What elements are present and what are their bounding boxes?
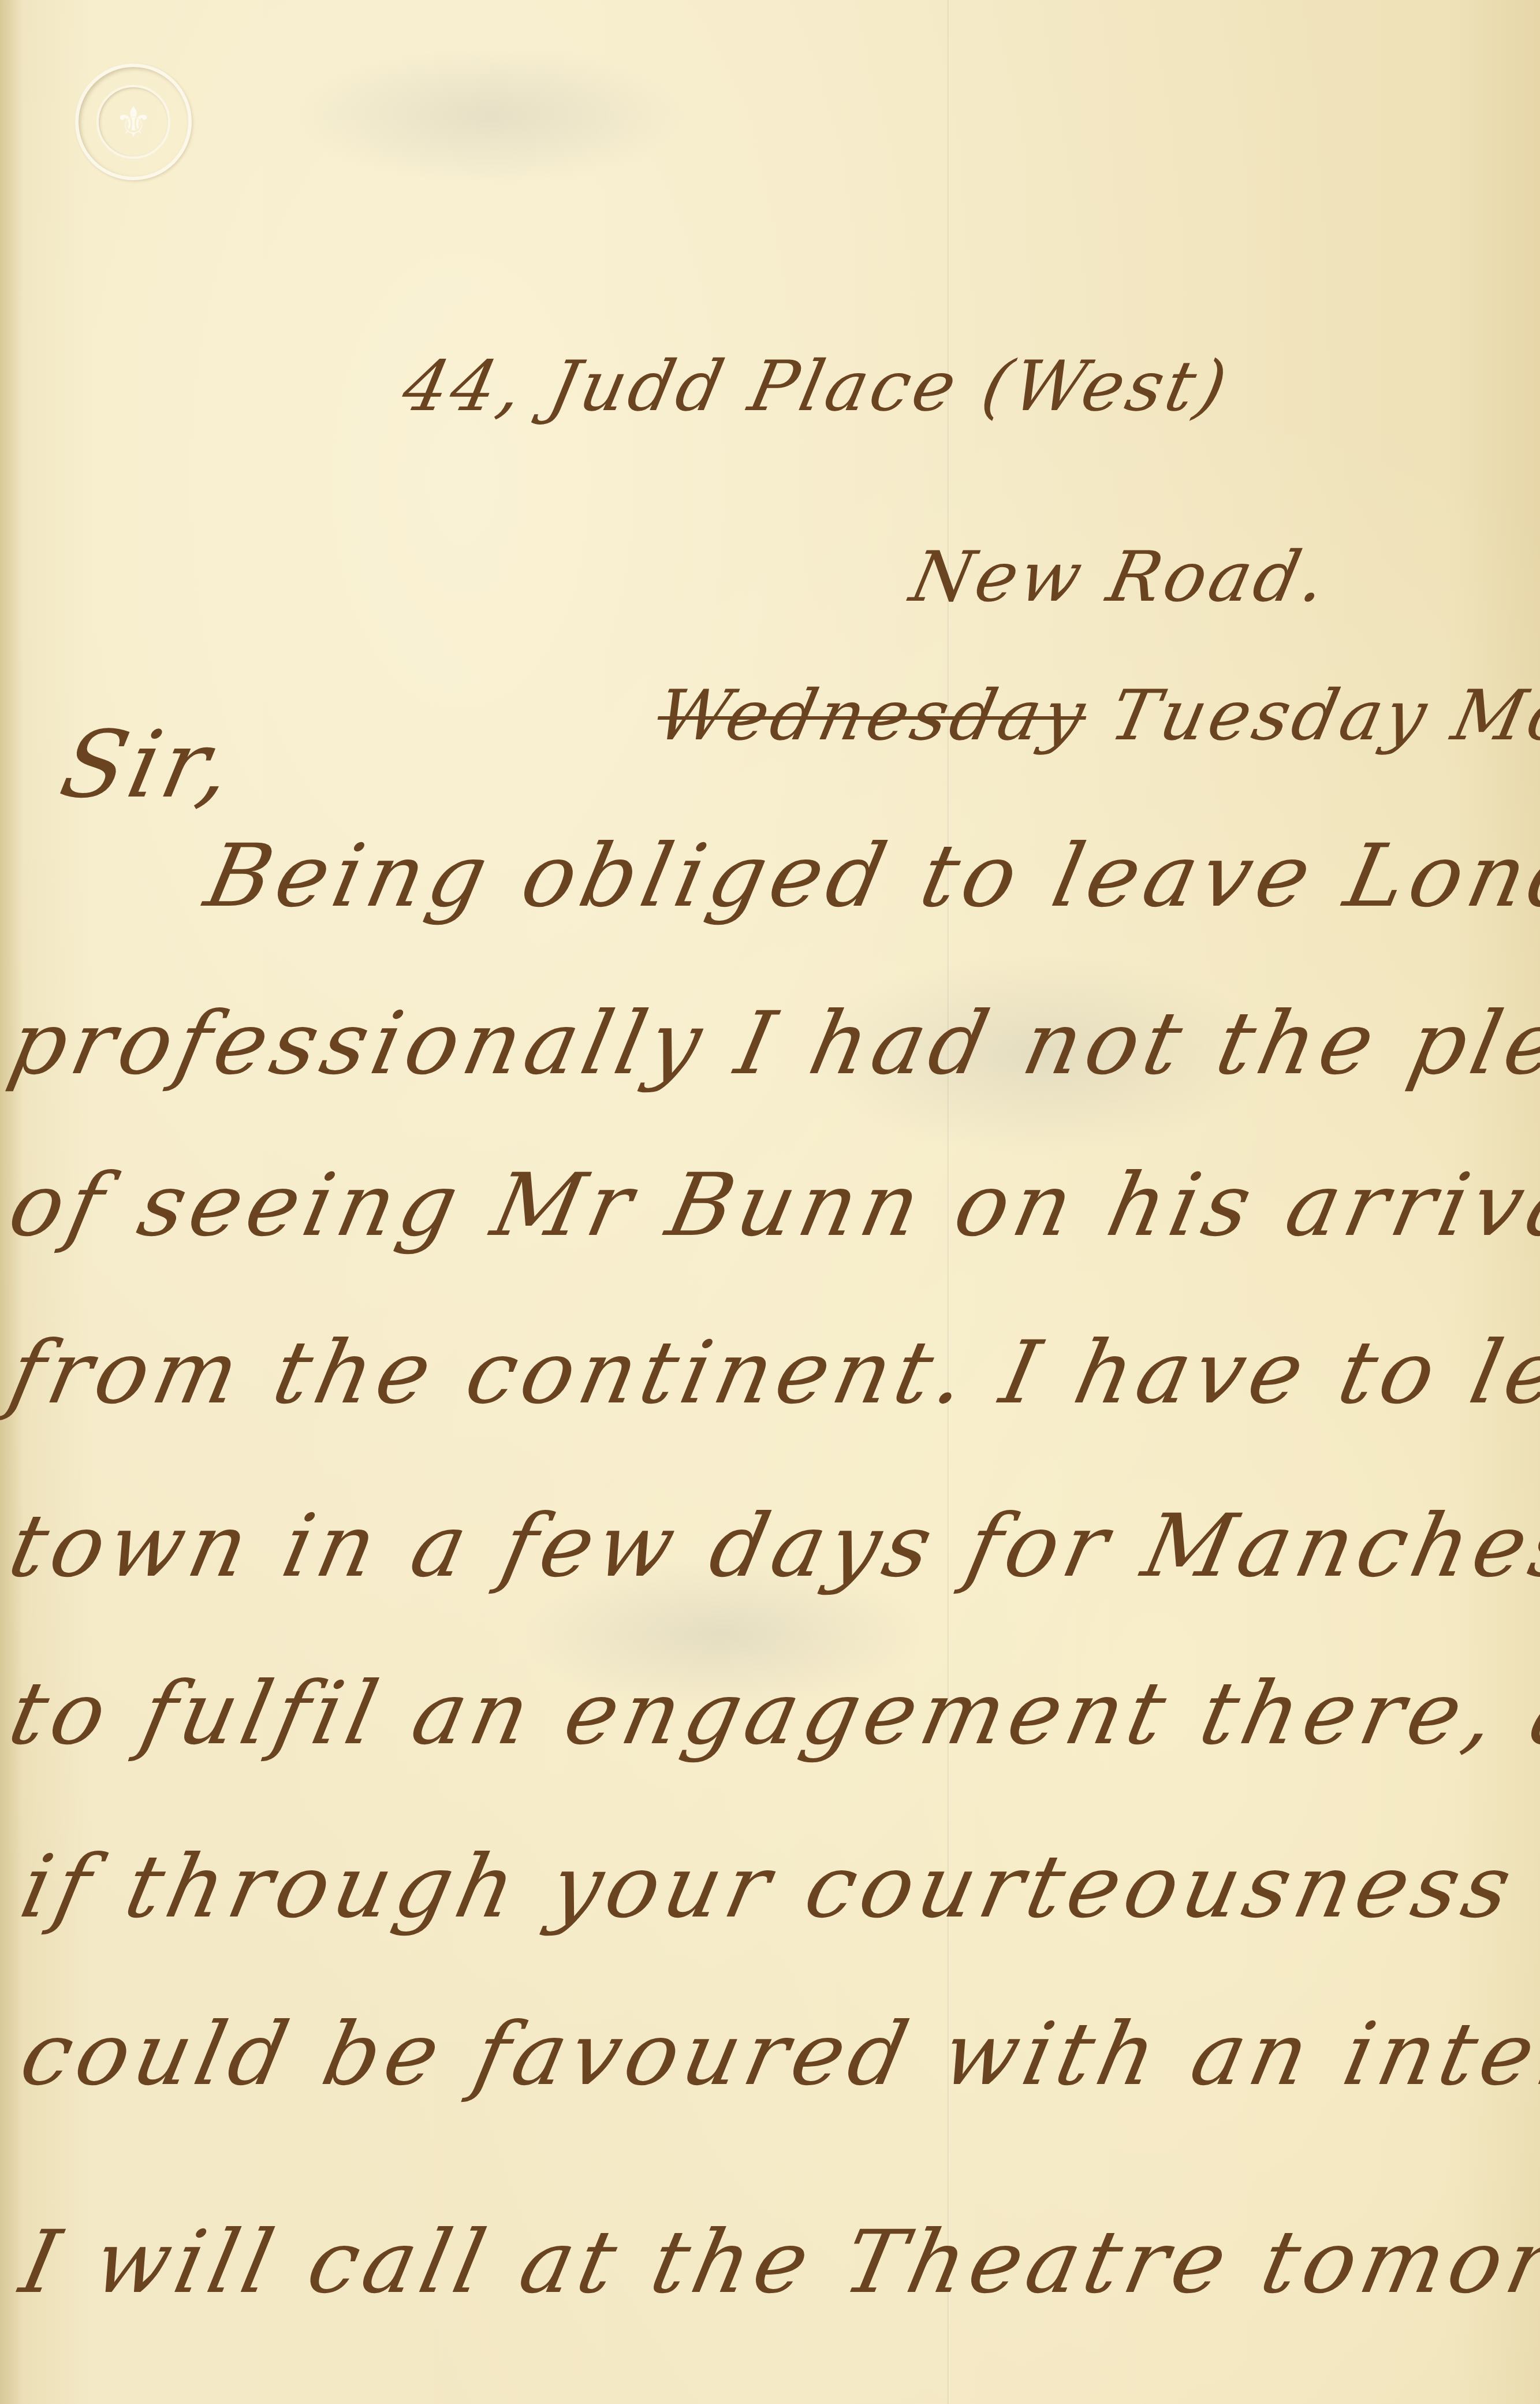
paper-stain (289, 46, 693, 185)
body-line: Being obliged to leave London (197, 826, 1540, 926)
body-line: I will call at the Theatre tomor (13, 2212, 1540, 2313)
date-line: Wednesday Tuesday Morning (650, 676, 1540, 756)
letter-page: ⚜ 44, Judd Place (West) New Road. Wednes… (0, 0, 1540, 2404)
salutation: Sir, (52, 710, 245, 818)
body-line: to fulfil an engagement there, and (1, 1664, 1540, 1764)
body-line: from the continent. I have to leave (1, 1323, 1540, 1423)
address-line-1: 44, Judd Place (West) (396, 347, 1237, 427)
body-line: professionally I had not the pleasure (1, 993, 1540, 1094)
body-line: if through your courteousness I (13, 1837, 1540, 1937)
date-text: Tuesday Morning (1103, 676, 1540, 756)
address-line-2: New Road. (904, 537, 1337, 617)
embossed-crest-icon: ⚜ (75, 64, 192, 180)
body-line: of seeing Mr Bunn on his arrival (1, 1155, 1540, 1256)
body-line: could be favoured with an interview (13, 2004, 1540, 2105)
body-line: town in a few days for Manchester (1, 1496, 1540, 1597)
struck-word: Wednesday (650, 676, 1095, 756)
